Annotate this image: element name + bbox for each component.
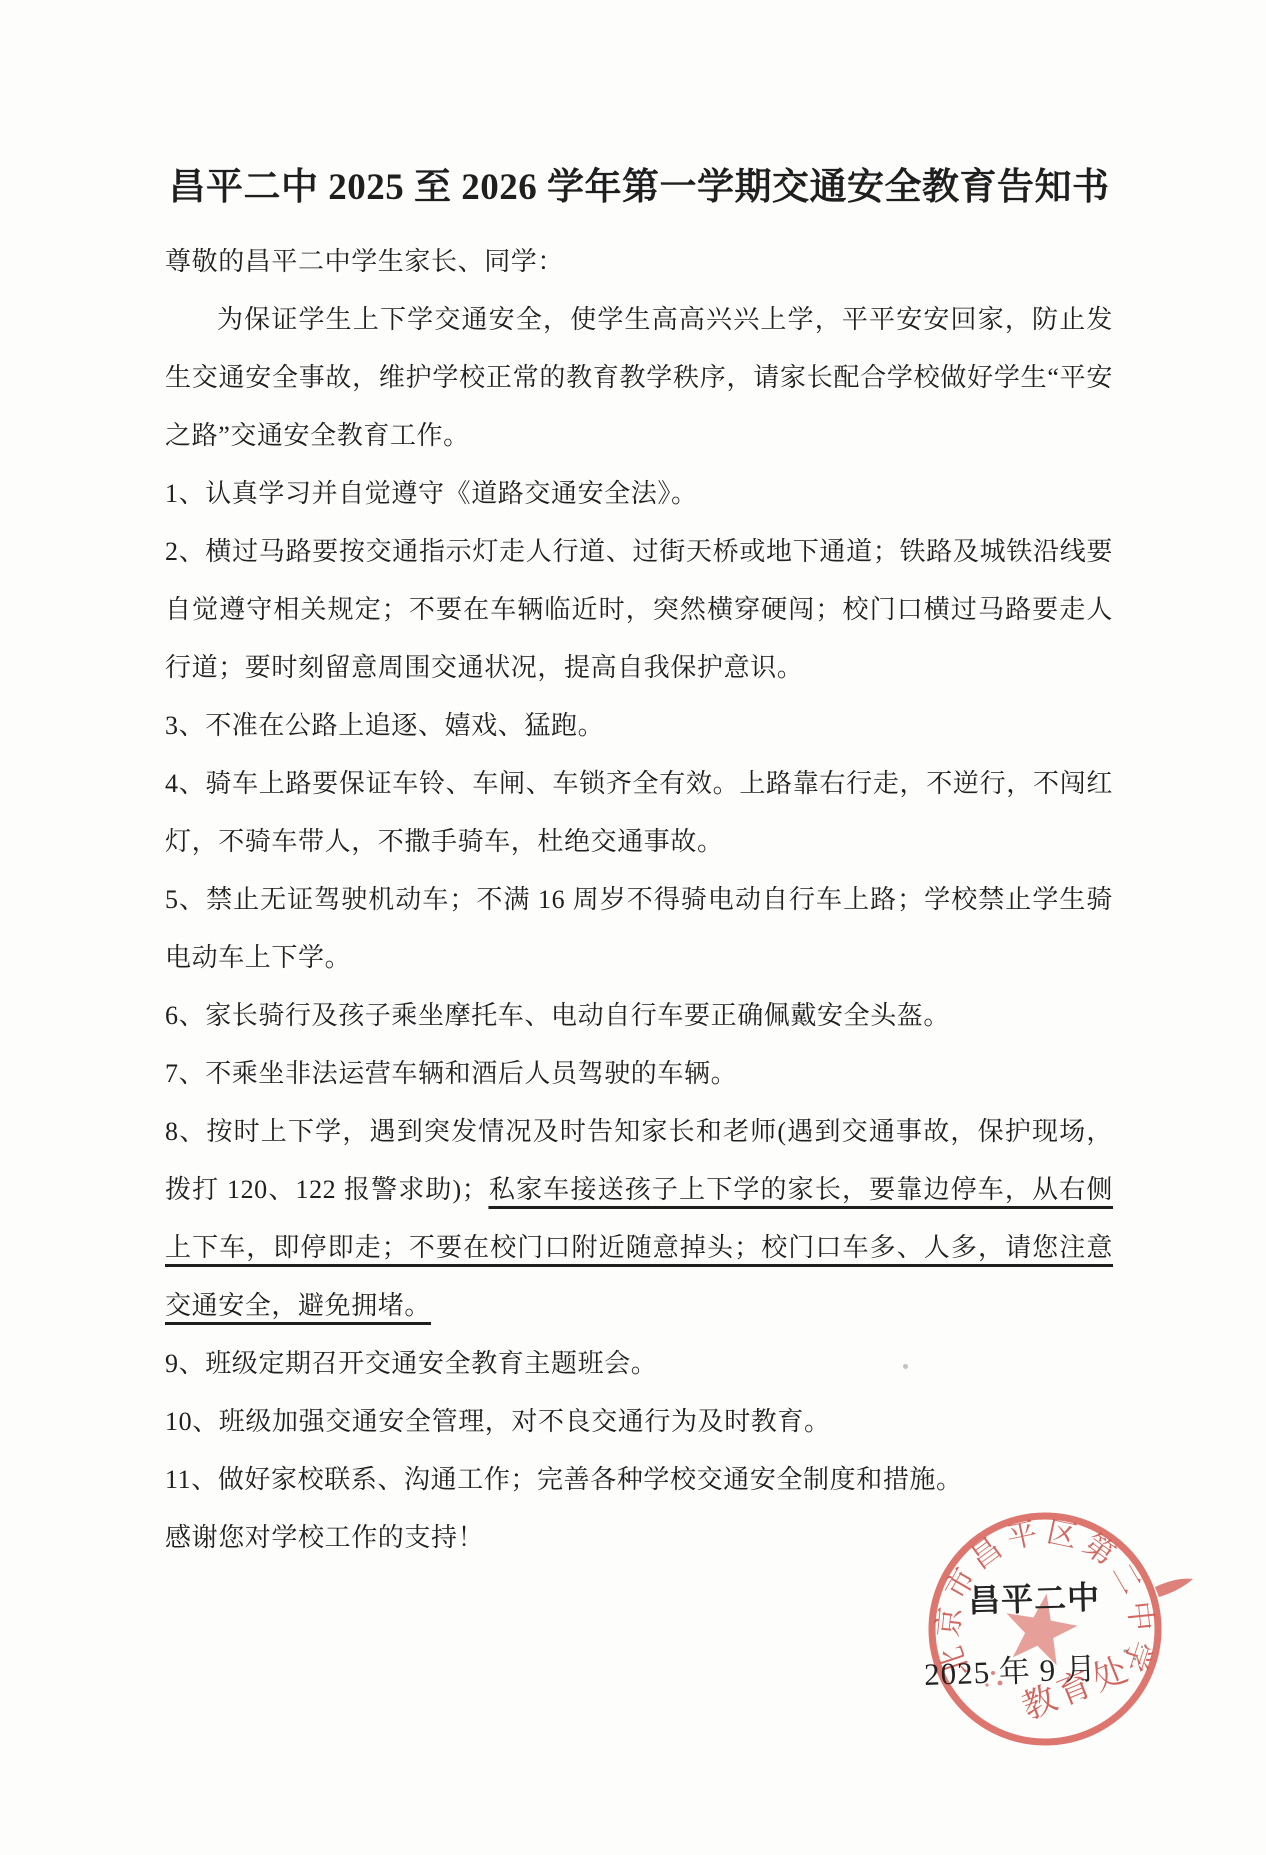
document-title: 昌平二中 2025 至 2026 学年第一学期交通安全教育告知书	[165, 168, 1113, 208]
notice-item-4: 4、骑车上路要保证车铃、车闸、车锁齐全有效。上路靠右行走，不逆行，不闯红灯，不骑…	[165, 755, 1113, 871]
stamp-ink-smudge	[1155, 1579, 1193, 1597]
signature-date: 2025 年 9 月	[923, 1643, 1097, 1694]
notice-item-7: 7、不乘坐非法运营车辆和酒后人员驾驶的车辆。	[165, 1045, 1113, 1103]
notice-item-6: 6、家长骑行及孩子乘坐摩托车、电动自行车要正确佩戴安全头盔。	[165, 987, 1113, 1045]
salutation: 尊敬的昌平二中学生家长、同学：	[165, 233, 1113, 291]
signature-school-name: 昌平二中	[967, 1572, 1100, 1621]
notice-item-3: 3、不准在公路上追逐、嬉戏、猛跑。	[165, 697, 1113, 755]
notice-item-8: 8、按时上下学，遇到突发情况及时告知家长和老师(遇到交通事故，保护现场，拨打 1…	[165, 1103, 1113, 1335]
notice-item-11: 11、做好家校联系、沟通工作；完善各种学校交通安全制度和措施。	[165, 1451, 1113, 1509]
school-seal-stamp: 北京市昌平区第二中学 教育处	[920, 1504, 1200, 1754]
notice-item-1: 1、认真学习并自觉遵守《道路交通安全法》。	[165, 465, 1113, 523]
document-body: 昌平二中 2025 至 2026 学年第一学期交通安全教育告知书 尊敬的昌平二中…	[165, 0, 1113, 1567]
notice-item-2: 2、横过马路要按交通指示灯走人行道、过街天桥或地下通道；铁路及城铁沿线要自觉遵守…	[165, 523, 1113, 697]
notice-item-10: 10、班级加强交通安全管理，对不良交通行为及时教育。	[165, 1393, 1113, 1451]
notice-item-5: 5、禁止无证驾驶机动车；不满 16 周岁不得骑电动自行车上路；学校禁止学生骑电动…	[165, 871, 1113, 987]
scanned-notice-page: 昌平二中 2025 至 2026 学年第一学期交通安全教育告知书 尊敬的昌平二中…	[0, 0, 1266, 1855]
intro-paragraph: 为保证学生上下学交通安全，使学生高高兴兴上学，平平安安回家，防止发生交通安全事故…	[165, 291, 1113, 465]
ink-speck	[903, 1364, 908, 1369]
notice-item-9: 9、班级定期召开交通安全教育主题班会。	[165, 1335, 1113, 1393]
